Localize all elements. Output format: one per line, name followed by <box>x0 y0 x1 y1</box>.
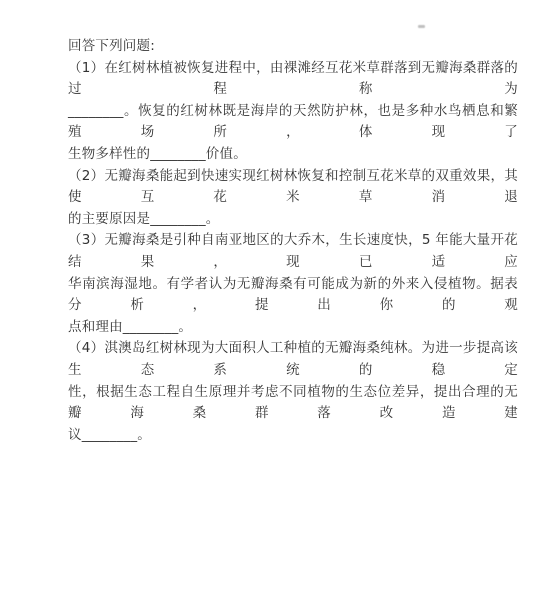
q2-line-1: （2）无瓣海桑能起到快速实现红树林恢复和控制互花米草的双重效果，其使互花米草消退 <box>68 166 518 209</box>
q4-line-2: 性，根据生态工程自生原理并考虑不同植物的生态位差异，提出合理的无瓣海桑群落改造建 <box>68 382 518 425</box>
q3-line-1: （3）无瓣海桑是引种自南亚地区的大乔木，生长速度快，5 年能大量开花结果，现已适… <box>68 230 518 273</box>
q1-line-3-answer-blank: 生物多样性的________价值。 <box>68 144 518 166</box>
question-text-block: 回答下列问题: （1）在红树林植被恢复进程中，由裸滩经互花米草群落到无瓣海桑群落… <box>68 36 518 446</box>
q4-line-3-answer-blank: 议________。 <box>68 425 518 447</box>
answer-prompt-line: 回答下列问题: <box>68 36 518 58</box>
q3-line-3-answer-blank: 点和理由________。 <box>68 317 518 339</box>
q4-line-1: （4）淇澳岛红树林现为大面积人工种植的无瓣海桑纯林。为进一步提高该生态系统的稳定 <box>68 338 518 381</box>
q1-line-2-answer-blank: ________。恢复的红树林既是海岸的天然防护林，也是多种水鸟栖息和繁殖场所，… <box>68 101 518 144</box>
q1-line-1: （1）在红树林植被恢复进程中，由裸滩经互花米草群落到无瓣海桑群落的过程称为 <box>68 58 518 101</box>
scan-artifact-mark <box>418 25 425 28</box>
q2-line-2-answer-blank: 的主要原因是________。 <box>68 209 518 231</box>
exam-document-page: 回答下列问题: （1）在红树林植被恢复进程中，由裸滩经互花米草群落到无瓣海桑群落… <box>0 0 555 597</box>
q3-line-2: 华南滨海湿地。有学者认为无瓣海桑有可能成为新的外来入侵植物。据表分析，提出你的观 <box>68 274 518 317</box>
